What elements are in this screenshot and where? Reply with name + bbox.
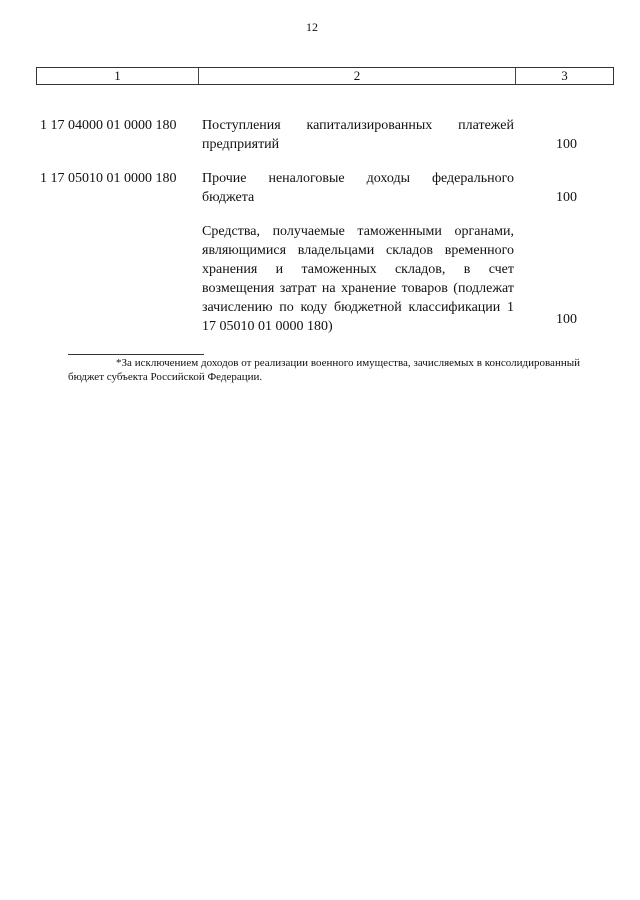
row-amount: 100 [556, 188, 577, 207]
table-row: Средства, получаемые таможенными органам… [0, 222, 640, 338]
budget-code: 1 17 04000 01 0000 180 [40, 116, 177, 135]
table-row: 1 17 05010 01 0000 180 Прочие неналоговы… [0, 169, 640, 209]
row-description: Средства, получаемые таможенными органам… [202, 222, 514, 336]
page-number: 12 [0, 20, 624, 35]
budget-code: 1 17 05010 01 0000 180 [40, 169, 177, 188]
column-header-2: 2 [199, 68, 516, 84]
row-amount: 100 [556, 310, 577, 329]
column-header-1: 1 [37, 68, 199, 84]
footnote-divider [68, 354, 204, 355]
column-header-3: 3 [516, 68, 613, 84]
table-row: 1 17 04000 01 0000 180 Поступления капит… [0, 116, 640, 156]
table-header: 1 2 3 [36, 67, 614, 85]
footnote: *За исключением доходов от реализации во… [68, 356, 580, 384]
row-amount: 100 [556, 135, 577, 154]
row-description: Прочие неналоговые доходы федерального б… [202, 169, 514, 207]
row-description: Поступления капитализированных платежей … [202, 116, 514, 154]
